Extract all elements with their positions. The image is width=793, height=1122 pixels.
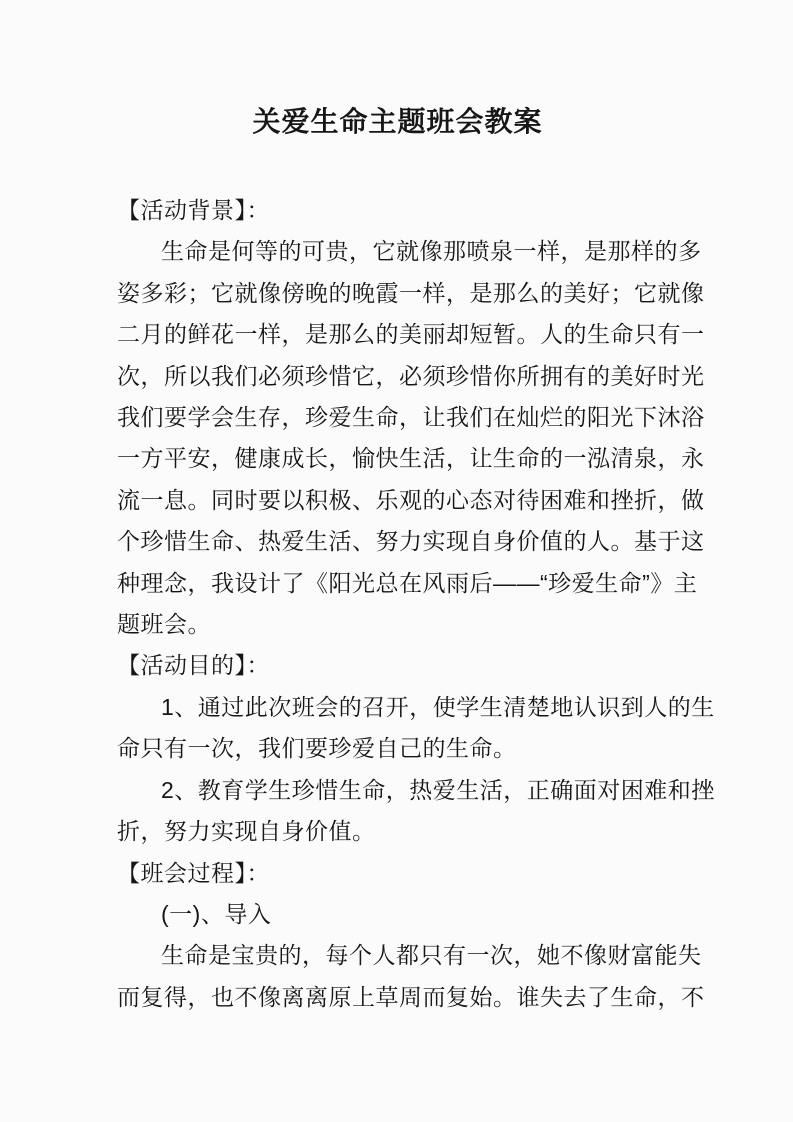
activity-purpose-item-1: 1、通过此次班会的召开，使学生清楚地认识到人的生 命只有一次，我们要珍爱自己的生… [117, 687, 678, 770]
document-title: 关爱生命主题班会教案 [117, 102, 678, 142]
document-page: 关爱生命主题班会教案 【活动背景】： 生命是何等的可贵，它就像那喷泉一样，是那样… [0, 0, 793, 1122]
heading-class-meeting-process: 【班会过程】： [117, 853, 678, 894]
heading-activity-purpose: 【活动目的】： [117, 645, 678, 686]
activity-purpose-item-2: 2、教育学生珍惜生命，热爱生活，正确面对困难和挫 折，努力实现自身价值。 [117, 770, 678, 853]
activity-background-paragraph: 生命是何等的可贵，它就像那喷泉一样，是那样的多 姿多彩；它就像傍晚的晚霞一样，是… [117, 231, 678, 645]
process-step-1-label: (一)、导入 [117, 894, 678, 935]
process-step-1-paragraph: 生命是宝贵的，每个人都只有一次，她不像财富能失 而复得，也不像离离原上草周而复始… [117, 935, 678, 1018]
heading-activity-background: 【活动背景】： [117, 190, 678, 231]
